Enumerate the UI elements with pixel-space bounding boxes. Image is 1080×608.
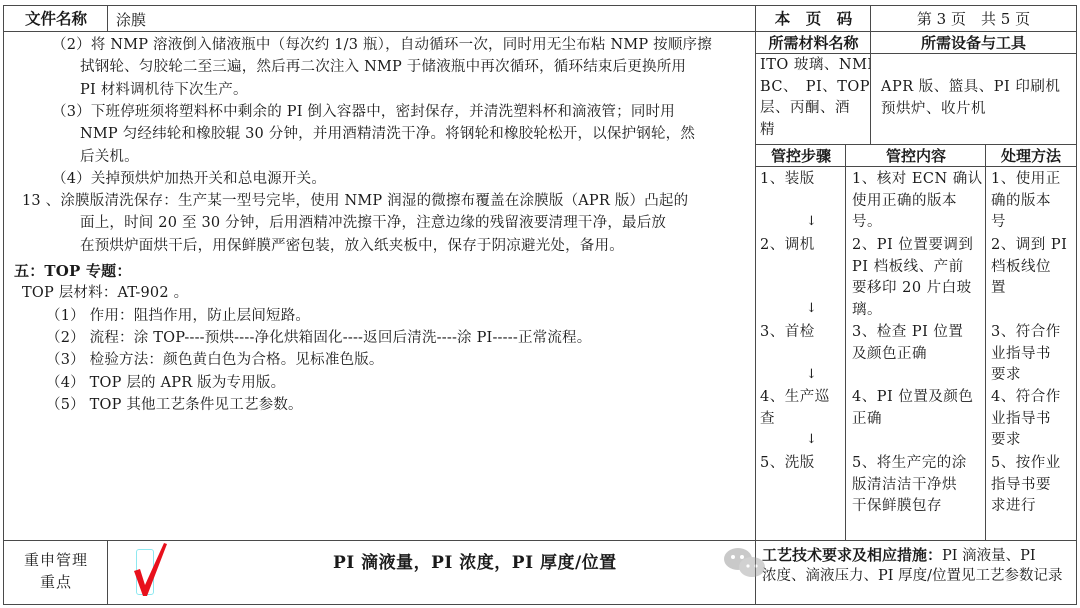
control-method-header-cell: 处理方法 <box>985 144 1077 168</box>
page-label-cell: 本 页 码 <box>755 5 872 33</box>
content-line: 正确 <box>852 409 973 431</box>
content-1: 1、核对 ECN 确认 使用正确的版本 号。 <box>852 169 983 234</box>
method-line: 号 <box>991 212 1061 234</box>
step-3: 3、首检 <box>760 322 815 344</box>
key-points-label-line: 重申管理 <box>16 549 96 571</box>
content-line: PI 档板线、产前 <box>852 257 973 279</box>
procedure-line: （5） TOP 其他工艺条件见工艺参数。 <box>46 394 303 416</box>
control-step-header-cell: 管控步骤 <box>755 144 847 168</box>
page-value: 第 3 页 共 5 页 <box>917 8 1030 30</box>
wechat-watermark-icon <box>722 545 768 581</box>
procedure-line: （4） TOP 层的 APR 版为专用版。 <box>46 372 285 394</box>
page-label: 本 页 码 <box>775 8 853 30</box>
content-line: 3、检查 PI 位置 <box>852 322 963 344</box>
materials-header: 所需材料名称 <box>768 32 858 54</box>
requirements-line-2: 浓度、滴液压力、PI 厚度/位置见工艺参数记录 <box>762 568 1062 584</box>
check-icon <box>130 541 170 599</box>
file-name-value-cell: 涂膜 <box>107 5 757 33</box>
key-points-value-cell: PI 滴液量，PI 浓度，PI 厚度/位置 <box>107 540 757 605</box>
materials-header-cell: 所需材料名称 <box>755 31 872 55</box>
requirements-label: 工艺技术要求及相应措施： <box>762 546 942 564</box>
file-name-label: 文件名称 <box>25 8 87 30</box>
control-method-header: 处理方法 <box>1001 145 1061 167</box>
procedure-line: 在预烘炉面烘干后，用保鲜膜严密包装，放入纸夹板中，保存于阴凉避光处，备用。 <box>80 235 624 257</box>
key-points-label-line: 重点 <box>16 571 96 593</box>
method-line: 要求 <box>991 365 1061 387</box>
method-line: 1、使用正 <box>991 169 1061 191</box>
content-line: 5、将生产完的涂 <box>852 453 967 475</box>
content-4: 4、PI 位置及颜色 正确 <box>852 387 973 430</box>
method-4: 4、符合作 业指导书 要求 <box>991 387 1061 452</box>
content-line: 2、PI 位置要调到 <box>852 235 973 257</box>
control-steps-column <box>755 166 847 542</box>
method-line: 业指导书 <box>991 344 1061 366</box>
content-line: 号。 <box>852 212 983 234</box>
procedure-line: 五：TOP 专题： <box>14 260 132 282</box>
key-points-value: PI 滴液量，PI 浓度，PI 厚度/位置 <box>333 552 617 574</box>
arrow-down-icon: ↓ <box>806 215 817 229</box>
arrow-down-icon: ↓ <box>806 433 817 447</box>
content-line: 璃。 <box>852 300 973 322</box>
method-line: 指导书要 <box>991 475 1061 497</box>
content-line: 干保鲜膜包存 <box>852 496 967 518</box>
procedure-line: 13 、涂膜版清洗保存：生产某一型号完毕，使用 NMP 润湿的微擦布覆盖在涂膜版… <box>22 190 688 212</box>
key-points-label-cell: 重申管理 重点 <box>3 540 109 605</box>
materials-cell: ITO 玻璃、NMP、 BC、 PI、TOP 层、丙酮、酒 精 <box>755 53 872 146</box>
procedure-line: 面上，时间 20 至 30 分钟，后用酒精冲洗擦干净，注意边缘的残留液要清理干净… <box>80 212 666 234</box>
tools-cell: APR 版、篮具、PI 印刷机 预烘炉、收片机 <box>870 53 1077 146</box>
method-line: 要求 <box>991 430 1061 452</box>
tools-list: APR 版、篮具、PI 印刷机 预烘炉、收片机 <box>881 77 1060 120</box>
control-content-header: 管控内容 <box>886 145 946 167</box>
file-name-value: 涂膜 <box>116 9 146 31</box>
procedure-line: （1） 作用：阻挡作用，防止层间短路。 <box>46 305 310 327</box>
procedure-line: NMP 匀经纬轮和橡胶辊 30 分钟，并用酒精清洗干净。将钢轮和橡胶轮松开，以保… <box>80 123 695 145</box>
key-points-label: 重申管理 重点 <box>16 549 96 593</box>
procedure-line: 拭钢轮、匀胶轮二至三遍，然后再二次注入 NMP 于储液瓶中再次循环，循环结束后更… <box>80 56 686 78</box>
procedure-line: 后关机。 <box>80 146 139 168</box>
method-3: 3、符合作 业指导书 要求 <box>991 322 1061 387</box>
procedure-line: （2） 流程：涂 TOP----预烘----净化烘箱固化----返回后清洗---… <box>46 327 591 349</box>
step-5: 5、洗版 <box>760 453 815 475</box>
step-1: 1、装版 <box>760 169 815 191</box>
method-line: 5、按作业 <box>991 453 1061 475</box>
content-3: 3、检查 PI 位置 及颜色正确 <box>852 322 963 365</box>
method-5: 5、按作业 指导书要 求进行 <box>991 453 1061 518</box>
procedure-line: （2）将 NMP 溶液倒入储液瓶中（每次约 1/3 瓶），自动循环一次，同时用无… <box>52 34 712 56</box>
requirements-text: 工艺技术要求及相应措施：PI 滴液量、PI 浓度、滴液压力、PI 厚度/位置见工… <box>762 545 1062 586</box>
content-2: 2、PI 位置要调到 PI 档板线、产前 要移印 20 片白玻 璃。 <box>852 235 973 322</box>
tool-line: APR 版、篮具、PI 印刷机 <box>881 77 1060 99</box>
step-4-line: 查 <box>760 409 830 431</box>
step-4-line: 4、生产巡 <box>760 387 830 409</box>
method-line: 档板线位 <box>991 257 1067 279</box>
method-line: 2、调到 PI <box>991 235 1067 257</box>
procedure-line: （4）关掉预烘炉加热开关和总电源开关。 <box>52 168 326 190</box>
procedure-line: TOP 层材料：AT-902 。 <box>22 282 188 304</box>
method-1: 1、使用正 确的版本 号 <box>991 169 1061 234</box>
content-line: 使用正确的版本 <box>852 191 983 213</box>
procedure-line: （3）下班停班须将塑料杯中剩余的 PI 倒入容器中，密封保存，并清洗塑料杯和滴液… <box>52 101 675 123</box>
requirements-line-1: PI 滴液量、PI <box>942 548 1036 564</box>
content-line: 及颜色正确 <box>852 344 963 366</box>
method-line: 4、符合作 <box>991 387 1061 409</box>
method-2: 2、调到 PI 档板线位 置 <box>991 235 1067 300</box>
tools-header-cell: 所需设备与工具 <box>870 31 1077 55</box>
tools-header: 所需设备与工具 <box>921 32 1026 54</box>
arrow-down-icon: ↓ <box>806 302 817 316</box>
procedure-body: （2）将 NMP 溶液倒入储液瓶中（每次约 1/3 瓶），自动循环一次，同时用无… <box>3 31 757 542</box>
method-line: 确的版本 <box>991 191 1061 213</box>
requirements-cell: 工艺技术要求及相应措施：PI 滴液量、PI 浓度、滴液压力、PI 厚度/位置见工… <box>755 540 1077 605</box>
step-2: 2、调机 <box>760 235 815 257</box>
method-line: 求进行 <box>991 496 1061 518</box>
content-5: 5、将生产完的涂 版清洁洁干净烘 干保鲜膜包存 <box>852 453 967 518</box>
method-line: 3、符合作 <box>991 322 1061 344</box>
method-line: 业指导书 <box>991 409 1061 431</box>
content-line: 1、核对 ECN 确认 <box>852 169 983 191</box>
step-4: 4、生产巡 查 <box>760 387 830 430</box>
procedure-line: PI 材料调机待下次生产。 <box>80 79 248 101</box>
content-line: 4、PI 位置及颜色 <box>852 387 973 409</box>
method-line: 置 <box>991 278 1067 300</box>
tool-line: 预烘炉、收片机 <box>881 99 1060 121</box>
content-line: 版清洁洁干净烘 <box>852 475 967 497</box>
file-name-label-cell: 文件名称 <box>3 5 109 33</box>
control-content-header-cell: 管控内容 <box>845 144 987 168</box>
page-value-cell: 第 3 页 共 5 页 <box>870 5 1077 33</box>
arrow-down-icon: ↓ <box>806 368 817 382</box>
procedure-line: （3） 检验方法：颜色黄白色为合格。见标准色版。 <box>46 349 384 371</box>
content-line: 要移印 20 片白玻 <box>852 278 973 300</box>
control-step-header: 管控步骤 <box>771 145 831 167</box>
